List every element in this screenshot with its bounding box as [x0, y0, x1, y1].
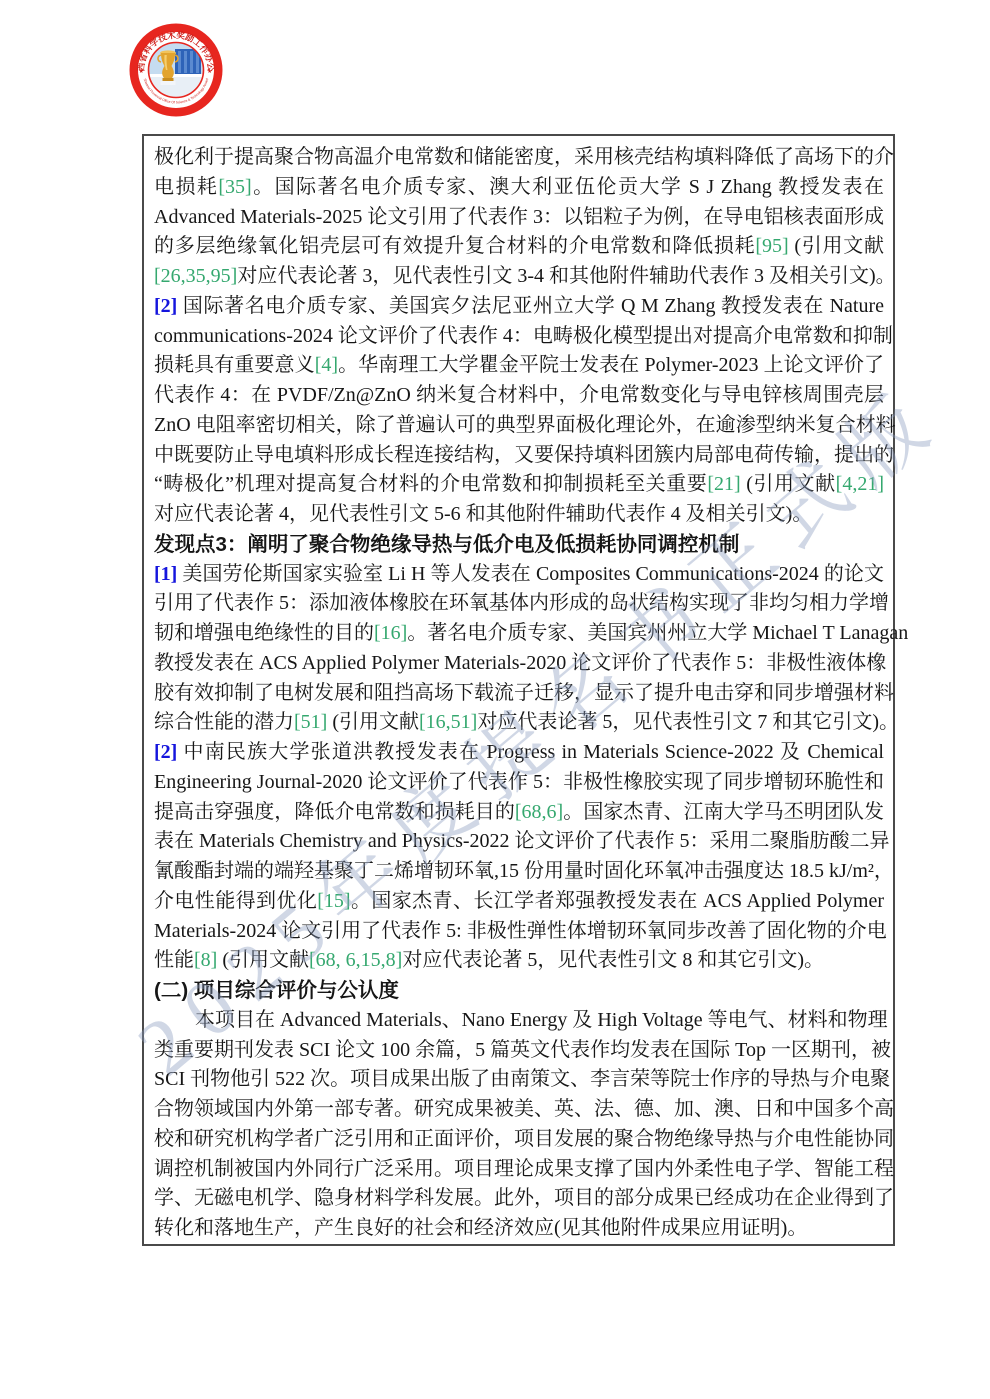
text-run: 中既要防止导电填料形成长程连接结构，又要保持填料团簇内局部电荷传输，提出的 [154, 444, 894, 466]
text-line: Advanced Materials-2025 论文引用了代表作 3：以铝粒子为… [154, 203, 884, 233]
seal-graphic: 陕西省科学技术奖励工作办公室 Shaanxi Provincial Office… [128, 22, 224, 118]
text-line: 性能[8] (引用文献[68, 6,15,8]对应代表论著 5，见代表性引文 8… [154, 946, 884, 976]
text-run: 的多层绝缘氧化铝壳层可有效提升复合材料的介电常数和降低损耗 [154, 235, 755, 257]
text-line: [1] 美国劳伦斯国家实验室 Li H 等人发表在 Composites Com… [154, 560, 884, 590]
text-line: [2] 中南民族大学张道洪教授发表在 Progress in Materials… [154, 738, 884, 768]
text-line: 学、无磁电机学、隐身材料学科发展。此外，项目的部分成果已经成功在企业得到了 [154, 1184, 884, 1214]
text-run: 校和研究机构学者广泛引用和正面评价，项目发展的聚合物绝缘导热与介电性能协同 [154, 1128, 894, 1150]
text-line: 引用了代表作 5：添加液体橡胶在环氧基体内形成的岛状结构实现了非均匀相力学增 [154, 589, 884, 619]
text-run: 韧和增强电绝缘性的目的 [154, 622, 374, 644]
citation-ref: [4,21] [836, 473, 884, 495]
text-line: Materials-2024 论文引用了代表作 5: 非极性弹性体增韧环氧同步改… [154, 917, 884, 947]
paragraph-marker: [2] [154, 295, 177, 317]
citation-ref: [68, 6,15,8] [309, 949, 402, 971]
text-run: 引用了代表作 5：添加液体橡胶在环氧基体内形成的岛状结构实现了非均匀相力学增 [154, 592, 889, 614]
text-run: 极化利于提高聚合物高温介电常数和储能密度，采用核壳结构填料降低了高场下的介 [154, 146, 894, 168]
citation-ref: [51] [294, 711, 327, 733]
text-run: 转化和落地生产，产生良好的社会和经济效应(见其他附件成果应用证明)。 [154, 1217, 807, 1239]
text-line: 转化和落地生产，产生良好的社会和经济效应(见其他附件成果应用证明)。 [154, 1214, 884, 1244]
text-run: 。国际著名电介质专家、澳大利亚伍伦贡大学 S J Zhang 教授发表在 [252, 176, 884, 198]
citation-ref: [21] [707, 473, 740, 495]
text-line: Engineering Journal-2020 论文评价了代表作 5：非极性橡… [154, 768, 884, 798]
text-line: 中既要防止导电填料形成长程连接结构，又要保持填料团簇内局部电荷传输，提出的 [154, 441, 884, 471]
text-line: 韧和增强电绝缘性的目的[16]。著名电介质专家、美国宾州州立大学 Michael… [154, 619, 884, 649]
citation-ref: [68,6] [515, 801, 563, 823]
text-line: 提高击穿强度，降低介电常数和损耗目的[68,6]。国家杰青、江南大学马丕明团队发 [154, 798, 884, 828]
text-run: 介电性能得到优化 [154, 890, 317, 912]
text-run: 对应代表论著 5，见代表性引文 8 和其它引文)。 [402, 949, 824, 971]
text-run: 综合性能的潜力 [154, 711, 294, 733]
text-line: 教授发表在 ACS Applied Polymer Materials-2020… [154, 649, 884, 679]
citation-ref: [16,51] [419, 711, 477, 733]
text-run: 教授发表在 ACS Applied Polymer Materials-2020… [154, 652, 886, 674]
text-run: Materials-2024 论文引用了代表作 5: 非极性弹性体增韧环氧同步改… [154, 920, 887, 942]
text-run: 对应代表论著 5，见代表性引文 7 和其它引文)。 [477, 711, 899, 733]
text-run: 中南民族大学张道洪教授发表在 Progress in Materials Sci… [177, 741, 884, 763]
text-run: 代表作 4：在 PVDF/Zn@ZnO 纳米复合材料中，介电常数变化与导电锌核周… [154, 384, 884, 406]
text-run: 合物领域国内外第一部专著。研究成果被美、英、法、德、加、澳、日和中国多个高 [154, 1098, 894, 1120]
text-run: 国际著名电介质专家、美国宾夕法尼亚州立大学 Q M Zhang 教授发表在 Na… [177, 295, 884, 317]
text-line: [26,35,95]对应代表论著 3，见代表性引文 3-4 和其他附件辅助代表作… [154, 262, 884, 292]
text-run: 损耗具有重要意义 [154, 354, 315, 376]
citation-ref: [4] [315, 354, 338, 376]
text-run: “畴极化”机理对提高复合材料的介电常数和抑制损耗至关重要 [154, 473, 707, 495]
text-line: 类重要期刊发表 SCI 论文 100 余篇，5 篇英文代表作均发表在国际 Top… [154, 1036, 884, 1066]
text-run: (引用文献 [327, 711, 419, 733]
text-run: (二) 项目综合评价与公认度 [154, 979, 399, 1002]
text-line: 合物领域国内外第一部专著。研究成果被美、英、法、德、加、澳、日和中国多个高 [154, 1095, 884, 1125]
text-line: 对应代表论著 4，见代表性引文 5-6 和其他附件辅助代表作 4 及相关引文)。 [154, 500, 884, 530]
text-run: SCI 刊物他引 522 次。项目成果出版了由南策文、李言荣等院士作序的导热与介… [154, 1068, 890, 1090]
text-run: 学、无磁电机学、隐身材料学科发展。此外，项目的部分成果已经成功在企业得到了 [154, 1187, 894, 1209]
text-line: 胶有效抑制了电树发展和阻挡高场下载流子迁移，显示了提升电击穿和同步增强材料 [154, 679, 884, 709]
text-line: 代表作 4：在 PVDF/Zn@ZnO 纳米复合材料中，介电常数变化与导电锌核周… [154, 381, 884, 411]
citation-ref: [95] [755, 235, 788, 257]
text-line: 校和研究机构学者广泛引用和正面评价，项目发展的聚合物绝缘导热与介电性能协同 [154, 1125, 884, 1155]
text-line: [2] 国际著名电介质专家、美国宾夕法尼亚州立大学 Q M Zhang 教授发表… [154, 292, 884, 322]
text-line: 氰酸酯封端的端羟基聚丁二烯增韧环氧,15 份用量时固化环氧冲击强度达 18.5 … [154, 857, 884, 887]
text-run: Advanced Materials-2025 论文引用了代表作 3：以铝粒子为… [154, 206, 884, 228]
text-run: 美国劳伦斯国家实验室 Li H 等人发表在 Composites Communi… [177, 563, 884, 585]
heading-line: (二) 项目综合评价与公认度 [154, 976, 884, 1006]
text-line: 表在 Materials Chemistry and Physics-2022 … [154, 827, 884, 857]
text-run: (引用文献 [741, 473, 836, 495]
text-line: ZnO 电阻率密切相关，除了普遍认可的典型界面极化理论外，在逾渗型纳米复合材料 [154, 411, 884, 441]
text-run: (引用文献 [217, 949, 309, 971]
text-run: communications-2024 论文评价了代表作 4：电畴极化模型提出对… [154, 325, 893, 347]
text-run: 对应代表论著 4，见代表性引文 5-6 和其他附件辅助代表作 4 及相关引文)。 [154, 503, 812, 525]
text-run: 类重要期刊发表 SCI 论文 100 余篇，5 篇英文代表作均发表在国际 Top… [154, 1039, 891, 1061]
text-line: “畴极化”机理对提高复合材料的介电常数和抑制损耗至关重要[21] (引用文献[4… [154, 470, 884, 500]
text-run: (引用文献 [789, 235, 884, 257]
heading-line: 发现点3：阐明了聚合物绝缘导热与低介电及低损耗协同调控机制 [154, 530, 884, 560]
text-line: 本项目在 Advanced Materials、Nano Energy 及 Hi… [154, 1006, 884, 1036]
text-run: 性能 [154, 949, 194, 971]
seal-star-left-icon: ★ [139, 68, 144, 75]
text-run: 本项目在 Advanced Materials、Nano Energy 及 Hi… [195, 1009, 888, 1031]
text-run: 对应代表论著 3，见代表性引文 3-4 和其他附件辅助代表作 3 及相关引文)。 [237, 265, 895, 287]
paragraph-marker: [1] [154, 563, 177, 585]
text-line: 极化利于提高聚合物高温介电常数和储能密度，采用核壳结构填料降低了高场下的介 [154, 143, 884, 173]
text-line: 电损耗[35]。国际著名电介质专家、澳大利亚伍伦贡大学 S J Zhang 教授… [154, 173, 884, 203]
text-run: 。国家杰青、长江学者郑强教授发表在 ACS Applied Polymer [351, 890, 884, 912]
text-run: 提高击穿强度，降低介电常数和损耗目的 [154, 801, 515, 823]
citation-ref: [16] [374, 622, 407, 644]
text-line: 的多层绝缘氧化铝壳层可有效提升复合材料的介电常数和降低损耗[95] (引用文献 [154, 232, 884, 262]
document-box: 极化利于提高聚合物高温介电常数和储能密度，采用核壳结构填料降低了高场下的介电损耗… [142, 134, 895, 1246]
text-run: 发现点3：阐明了聚合物绝缘导热与低介电及低损耗协同调控机制 [154, 533, 739, 556]
award-office-seal: 陕西省科学技术奖励工作办公室 Shaanxi Provincial Office… [128, 22, 224, 118]
text-run: 胶有效抑制了电树发展和阻挡高场下载流子迁移，显示了提升电击穿和同步增强材料 [154, 682, 894, 704]
text-run: 表在 Materials Chemistry and Physics-2022 … [154, 830, 890, 852]
text-run: 电损耗 [154, 176, 218, 198]
text-run: 。国家杰青、江南大学马丕明团队发 [563, 801, 884, 823]
paragraph-marker: [2] [154, 741, 177, 763]
text-run: 氰酸酯封端的端羟基聚丁二烯增韧环氧,15 份用量时固化环氧冲击强度达 18.5 … [154, 860, 894, 882]
text-line: communications-2024 论文评价了代表作 4：电畴极化模型提出对… [154, 322, 884, 352]
text-run: Engineering Journal-2020 论文评价了代表作 5：非极性橡… [154, 771, 884, 793]
text-line: 介电性能得到优化[15]。国家杰青、长江学者郑强教授发表在 ACS Applie… [154, 887, 884, 917]
text-run: 。著名电介质专家、美国宾州州立大学 Michael T Lanagan [407, 622, 908, 644]
text-line: 损耗具有重要意义[4]。华南理工大学瞿金平院士发表在 Polymer-2023 … [154, 351, 884, 381]
page-root: 陕西省科学技术奖励工作办公室 Shaanxi Provincial Office… [0, 0, 990, 1399]
text-line: 综合性能的潜力[51] (引用文献[16,51]对应代表论著 5，见代表性引文 … [154, 708, 884, 738]
citation-ref: [8] [194, 949, 217, 971]
text-line: SCI 刊物他引 522 次。项目成果出版了由南策文、李言荣等院士作序的导热与介… [154, 1065, 884, 1095]
citation-ref: [15] [317, 890, 350, 912]
citation-ref: [26,35,95] [154, 265, 237, 287]
seal-star-right-icon: ★ [207, 68, 212, 75]
text-line: 调控机制被国内外同行广泛采用。项目理论成果支撑了国内外柔性电子学、智能工程 [154, 1155, 884, 1185]
text-run: 。华南理工大学瞿金平院士发表在 Polymer-2023 上论文评价了 [338, 354, 884, 376]
text-run: ZnO 电阻率密切相关，除了普遍认可的典型界面极化理论外，在逾渗型纳米复合材料 [154, 414, 896, 436]
citation-ref: [35] [218, 176, 251, 198]
text-run: 调控机制被国内外同行广泛采用。项目理论成果支撑了国内外柔性电子学、智能工程 [154, 1158, 894, 1180]
